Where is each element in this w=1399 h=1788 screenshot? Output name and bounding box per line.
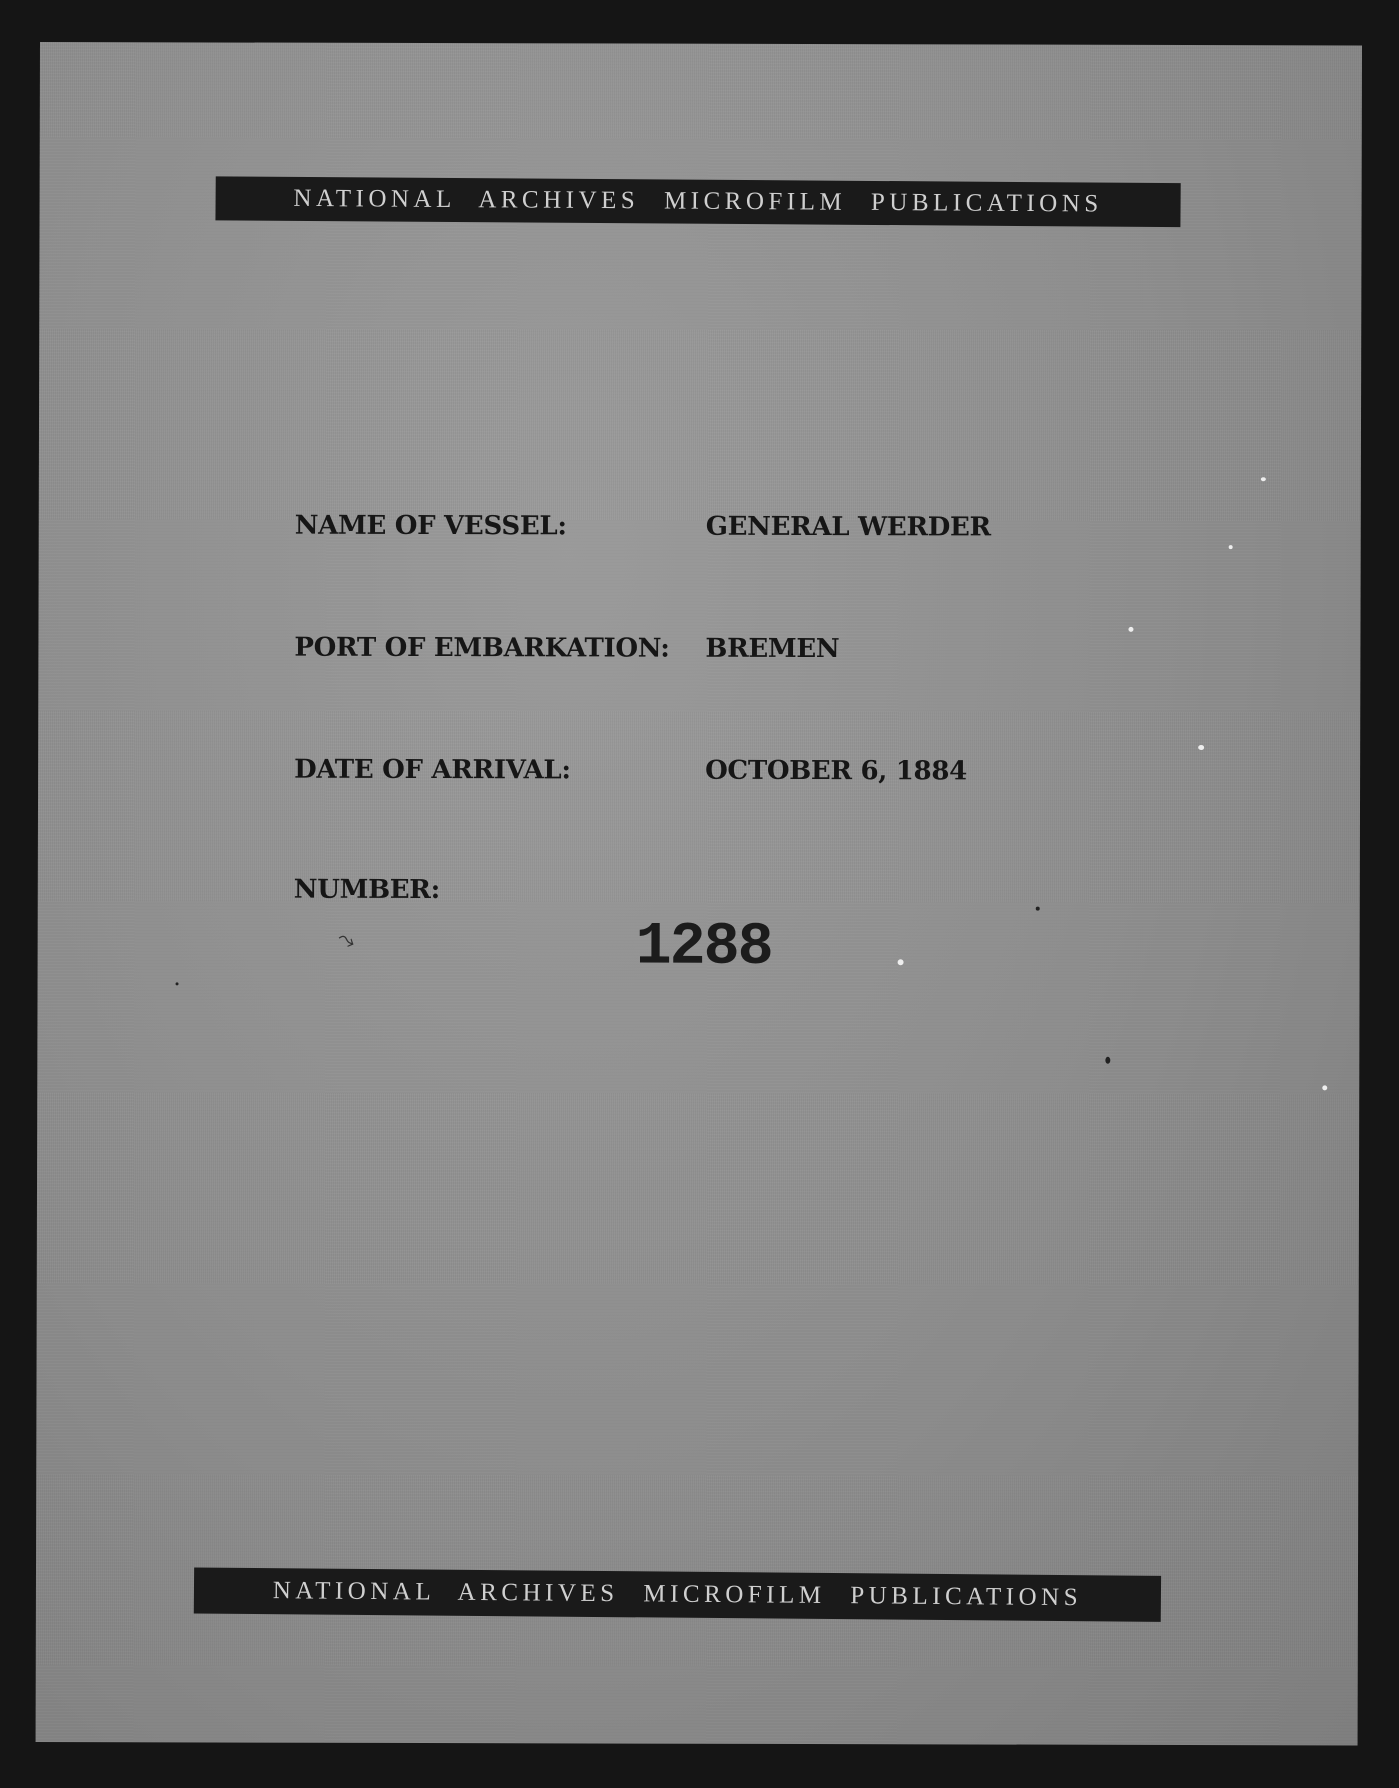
microfilm-target-card: NATIONAL ARCHIVES MICROFILM PUBLICATIONS… (36, 42, 1362, 1745)
port-of-embarkation-value: BREMEN (705, 634, 839, 664)
vessel-name-label: NAME OF VESSEL: (295, 511, 567, 542)
handwritten-mark-icon: ⤳ (333, 925, 360, 955)
date-of-arrival-label: DATE OF ARRIVAL: (294, 755, 571, 786)
dust-speck (176, 982, 179, 985)
number-value: 1288 (636, 914, 772, 982)
film-grain-overlay (36, 42, 1362, 1745)
date-of-arrival-value: OCTOBER 6, 1884 (705, 756, 967, 787)
port-of-embarkation-label: PORT OF EMBARKATION: (294, 633, 669, 664)
dust-speck (1036, 907, 1040, 911)
dust-speck (1229, 545, 1233, 549)
dust-speck (1128, 627, 1133, 632)
vessel-name-value: GENERAL WERDER (706, 512, 991, 543)
dust-speck (1322, 1085, 1327, 1090)
dust-speck (1261, 477, 1266, 481)
dust-speck (1105, 1057, 1110, 1064)
header-banner: NATIONAL ARCHIVES MICROFILM PUBLICATIONS (215, 176, 1180, 227)
number-label: NUMBER: (294, 875, 440, 905)
dust-speck (898, 959, 904, 965)
footer-banner: NATIONAL ARCHIVES MICROFILM PUBLICATIONS (194, 1567, 1161, 1621)
dust-speck (1198, 745, 1204, 750)
